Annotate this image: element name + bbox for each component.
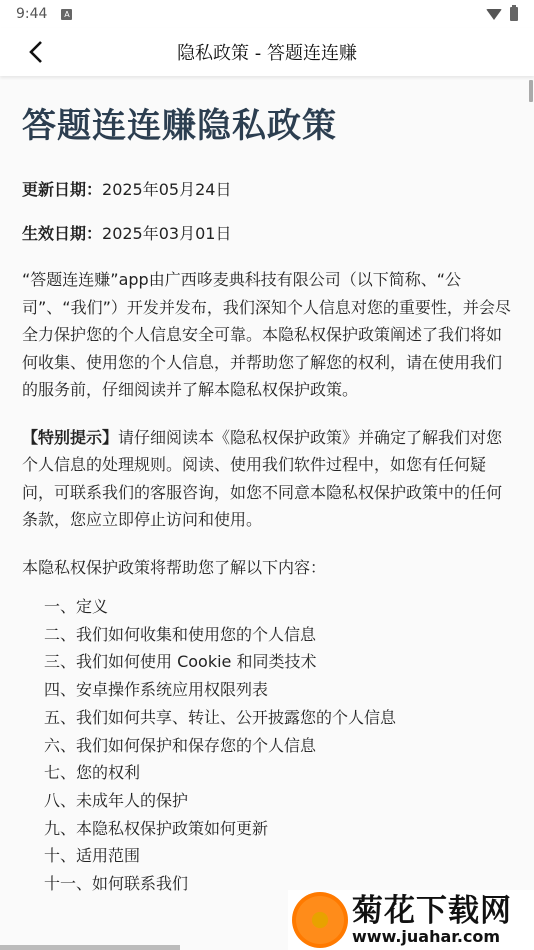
updated-date: 更新日期：2025年05月24日 bbox=[22, 178, 512, 202]
updated-label: 更新日期： bbox=[22, 180, 102, 199]
table-of-contents: 一、定义 二、我们如何收集和使用您的个人信息 三、我们如何使用 Cookie 和… bbox=[22, 593, 512, 898]
app-bar: 隐私政策 - 答题连连赚 bbox=[0, 28, 534, 76]
toc-item: 八、未成年人的保护 bbox=[44, 787, 512, 815]
horizontal-scrollbar[interactable] bbox=[0, 945, 180, 950]
watermark-name: 菊花下载网 bbox=[352, 894, 512, 928]
status-bar: 9:44 A bbox=[0, 0, 534, 28]
effective-date: 生效日期：2025年03月01日 bbox=[22, 222, 512, 246]
toc-intro: 本隐私权保护政策将帮助您了解以下内容： bbox=[22, 554, 512, 582]
vertical-scrollbar[interactable] bbox=[529, 80, 533, 102]
toc-item: 二、我们如何收集和使用您的个人信息 bbox=[44, 621, 512, 649]
document-heading: 答题连连赚隐私政策 bbox=[22, 102, 512, 150]
back-button[interactable] bbox=[22, 38, 50, 66]
toc-item: 六、我们如何保护和保存您的个人信息 bbox=[44, 732, 512, 760]
chevron-left-icon bbox=[26, 40, 46, 64]
status-time: 9:44 bbox=[16, 6, 47, 22]
toc-item: 三、我们如何使用 Cookie 和同类技术 bbox=[44, 648, 512, 676]
toc-item: 九、本隐私权保护政策如何更新 bbox=[44, 815, 512, 843]
flower-logo-icon bbox=[292, 892, 348, 948]
battery-icon bbox=[510, 7, 518, 21]
updated-value: 2025年05月24日 bbox=[102, 180, 231, 199]
effective-label: 生效日期： bbox=[22, 224, 102, 243]
notice-paragraph: 【特别提示】请仔细阅读本《隐私权保护政策》并确定了解我们对您个人信息的处理规则。… bbox=[22, 424, 512, 534]
toc-item: 十、适用范围 bbox=[44, 842, 512, 870]
intro-paragraph: “答题连连赚”app由广西哆麦典科技有限公司（以下简称、“公司”、“我们”）开发… bbox=[22, 266, 512, 404]
toc-item: 五、我们如何共享、转让、公开披露您的个人信息 bbox=[44, 704, 512, 732]
toc-item: 一、定义 bbox=[44, 593, 512, 621]
document-body[interactable]: 答题连连赚隐私政策 更新日期：2025年05月24日 生效日期：2025年03月… bbox=[0, 102, 534, 898]
notice-label: 【特别提示】 bbox=[22, 428, 118, 447]
toc-item: 四、安卓操作系统应用权限列表 bbox=[44, 676, 512, 704]
toc-item: 七、您的权利 bbox=[44, 759, 512, 787]
watermark-url: www.juahar.com bbox=[352, 928, 512, 946]
watermark: 菊花下载网 www.juahar.com bbox=[288, 890, 534, 950]
page-title: 隐私政策 - 答题连连赚 bbox=[0, 39, 534, 65]
effective-value: 2025年03月01日 bbox=[102, 224, 231, 243]
wifi-icon bbox=[486, 9, 502, 20]
notification-icon: A bbox=[61, 9, 72, 20]
